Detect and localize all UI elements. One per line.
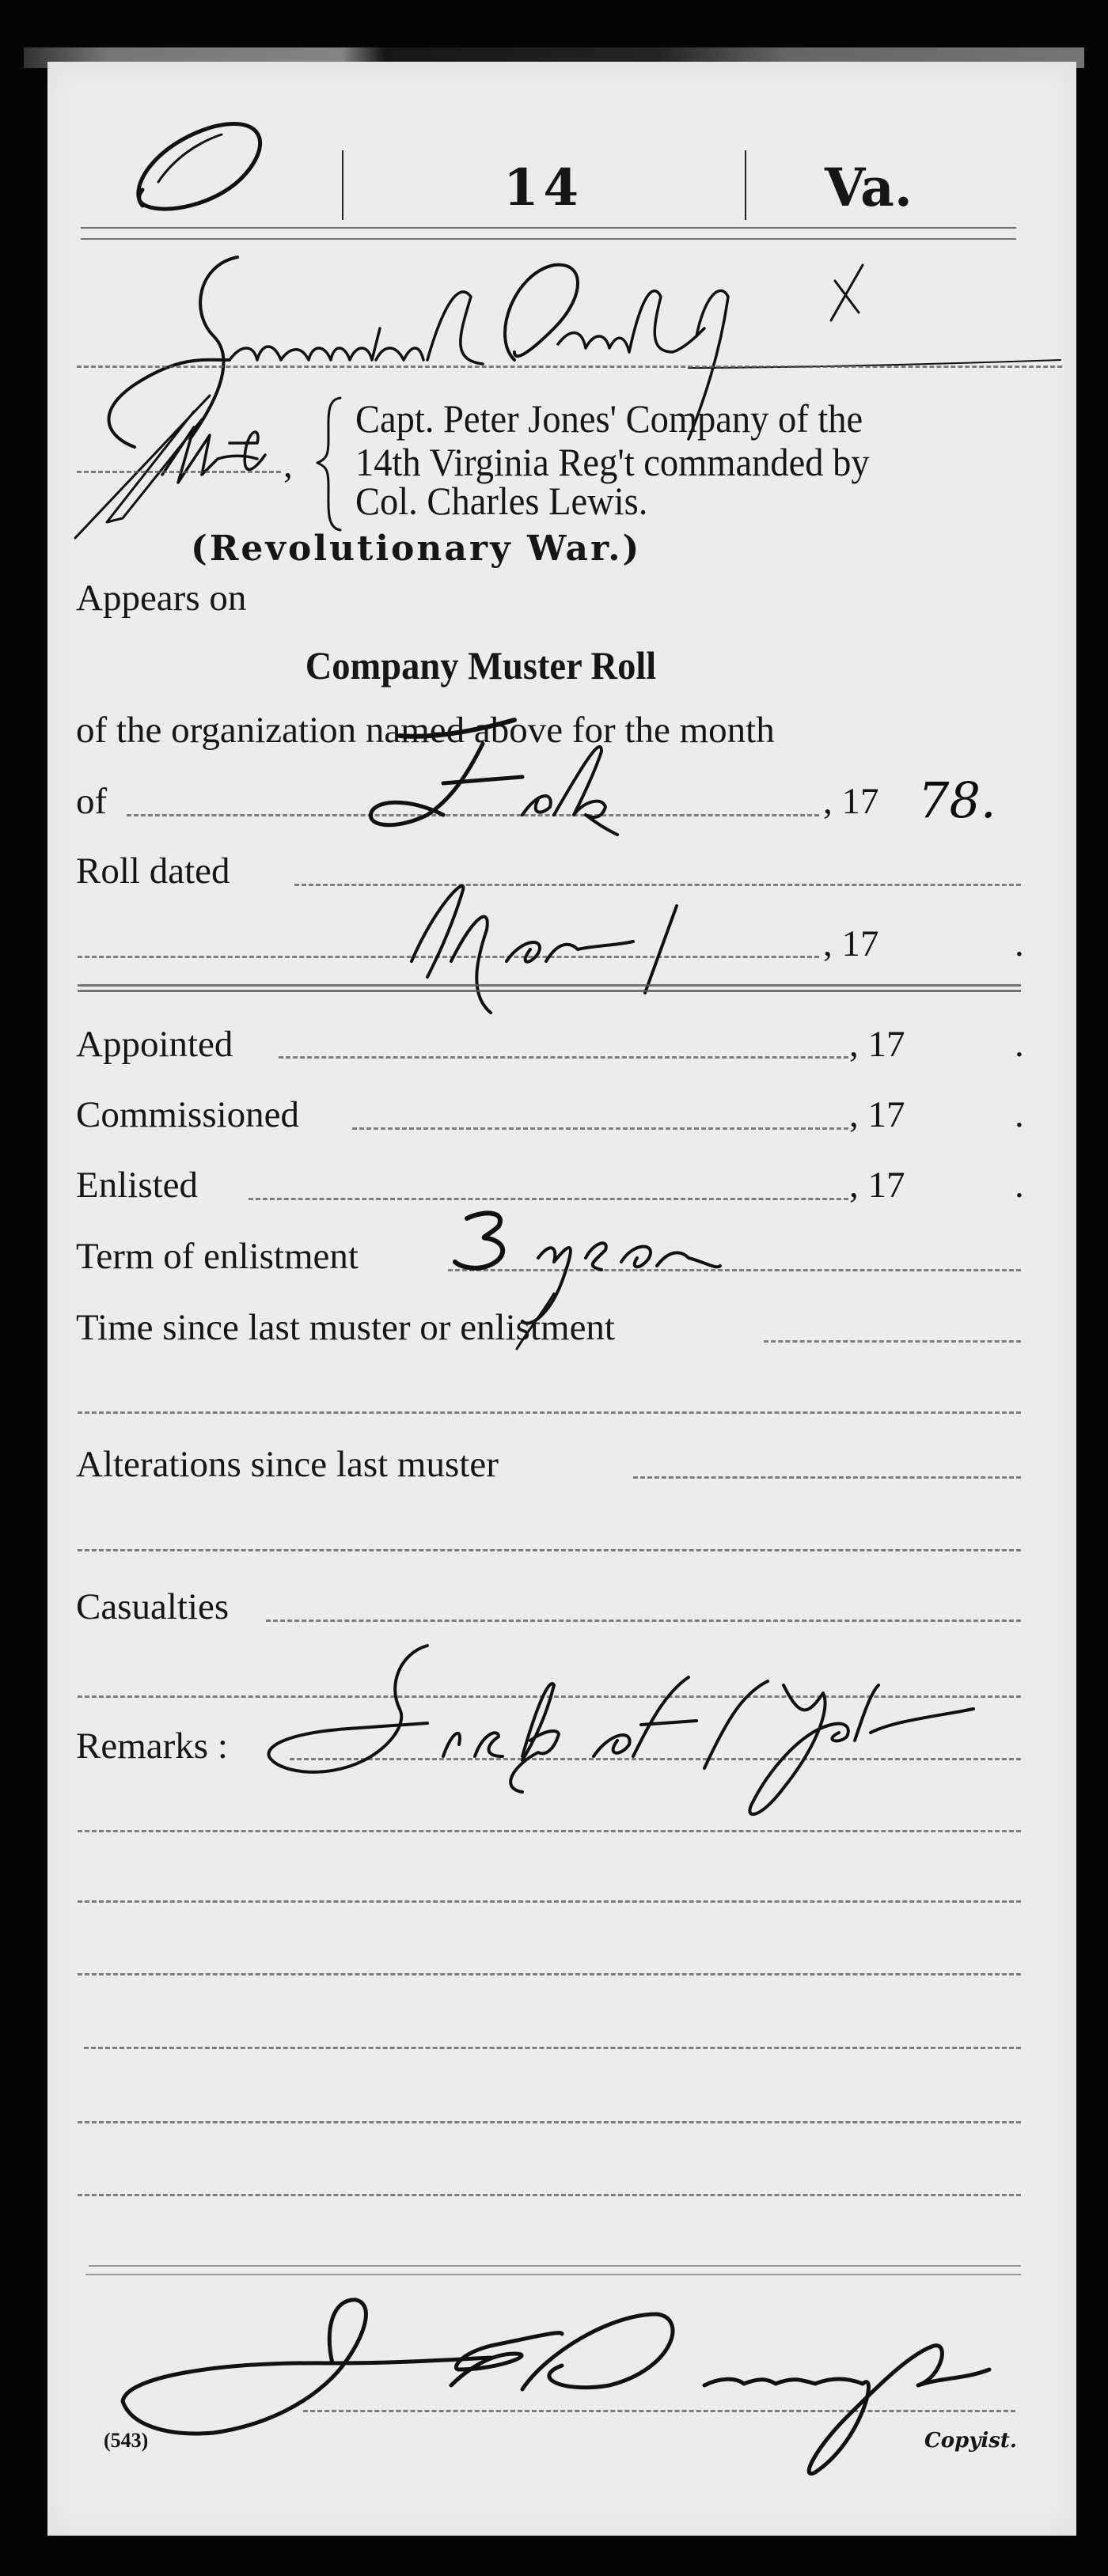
- commissioned-trailing: .: [1015, 1097, 1024, 1134]
- header-divider-2: [745, 150, 746, 220]
- casualties-label: Casualties: [76, 1589, 229, 1626]
- remarks-line-6: [78, 2121, 1021, 2123]
- remarks-line-5: [84, 2047, 1021, 2049]
- alterations-line-1: [633, 1476, 1021, 1479]
- roll-type-heading: Company Muster Roll: [305, 642, 656, 688]
- copyist-signature-handwritten: [119, 2290, 1005, 2480]
- header-divider-1: [342, 150, 343, 220]
- unit-line-2: 14th Virginia Reg't commanded by: [355, 442, 870, 482]
- header-rule-bottom: [81, 238, 1016, 240]
- roll-dated-label: Roll dated: [76, 853, 230, 890]
- commissioned-year-prefix: , 17: [849, 1097, 905, 1134]
- section-rule-top: [78, 984, 1021, 987]
- regiment-number: 14: [503, 158, 583, 218]
- header-rule-top: [81, 227, 1016, 229]
- state-abbrev: Va.: [825, 157, 913, 218]
- remarks-label: Remarks :: [76, 1728, 228, 1765]
- form-number: (543): [104, 2429, 148, 2453]
- appointed-trailing: .: [1015, 1026, 1024, 1063]
- remarks-value-handwritten: [261, 1638, 1029, 1828]
- roll-dated-trailing: .: [1015, 926, 1024, 963]
- appointed-year-prefix: , 17: [849, 1026, 905, 1063]
- month-value-handwritten: [364, 728, 696, 862]
- roll-dated-value-handwritten: [404, 874, 736, 1017]
- appointed-line: [279, 1056, 848, 1059]
- appointed-label: Appointed: [76, 1026, 233, 1063]
- alterations-label: Alterations since last muster: [76, 1446, 499, 1483]
- month-year-prefix: , 17: [823, 783, 879, 820]
- rank-line: [77, 471, 281, 473]
- name-line: [77, 366, 1062, 368]
- initial-letter-handwritten: [127, 111, 285, 222]
- casualties-line-1: [266, 1619, 1021, 1622]
- unit-line-1: Capt. Peter Jones' Company of the: [355, 399, 863, 438]
- appears-on-label: Appears on: [76, 580, 246, 617]
- copyist-label: Copyist.: [924, 2429, 1017, 2453]
- time-since-line-1: [764, 1340, 1021, 1343]
- commissioned-line: [352, 1127, 848, 1130]
- unit-line-3: Col. Charles Lewis.: [355, 481, 647, 521]
- war-heading: (Revolutionary War.): [191, 528, 641, 569]
- remarks-line-2: [78, 1830, 1021, 1832]
- enlisted-label: Enlisted: [76, 1167, 198, 1204]
- remarks-line-7: [78, 2194, 1021, 2196]
- rank-handwritten: [75, 380, 305, 538]
- strikethrough-or-mark: [510, 1290, 558, 1353]
- month-year-suffix: 78.: [918, 771, 996, 829]
- footer-rule-top: [89, 2265, 1021, 2267]
- section-rule-bottom: [78, 990, 1021, 992]
- footer-rule-bottom: [85, 2274, 1021, 2275]
- commissioned-label: Commissioned: [76, 1097, 299, 1134]
- month-label: of: [76, 783, 107, 820]
- enlisted-trailing: .: [1015, 1167, 1024, 1204]
- time-since-line-2: [78, 1411, 1021, 1414]
- roll-dated-year-prefix: , 17: [823, 926, 879, 963]
- remarks-line-3: [78, 1900, 1021, 1903]
- term-label: Term of enlistment: [76, 1238, 359, 1275]
- remarks-line-4: [78, 1973, 1021, 1976]
- rank-separator: ,: [283, 447, 293, 484]
- alterations-line-2: [78, 1549, 1021, 1551]
- brace: [313, 392, 344, 534]
